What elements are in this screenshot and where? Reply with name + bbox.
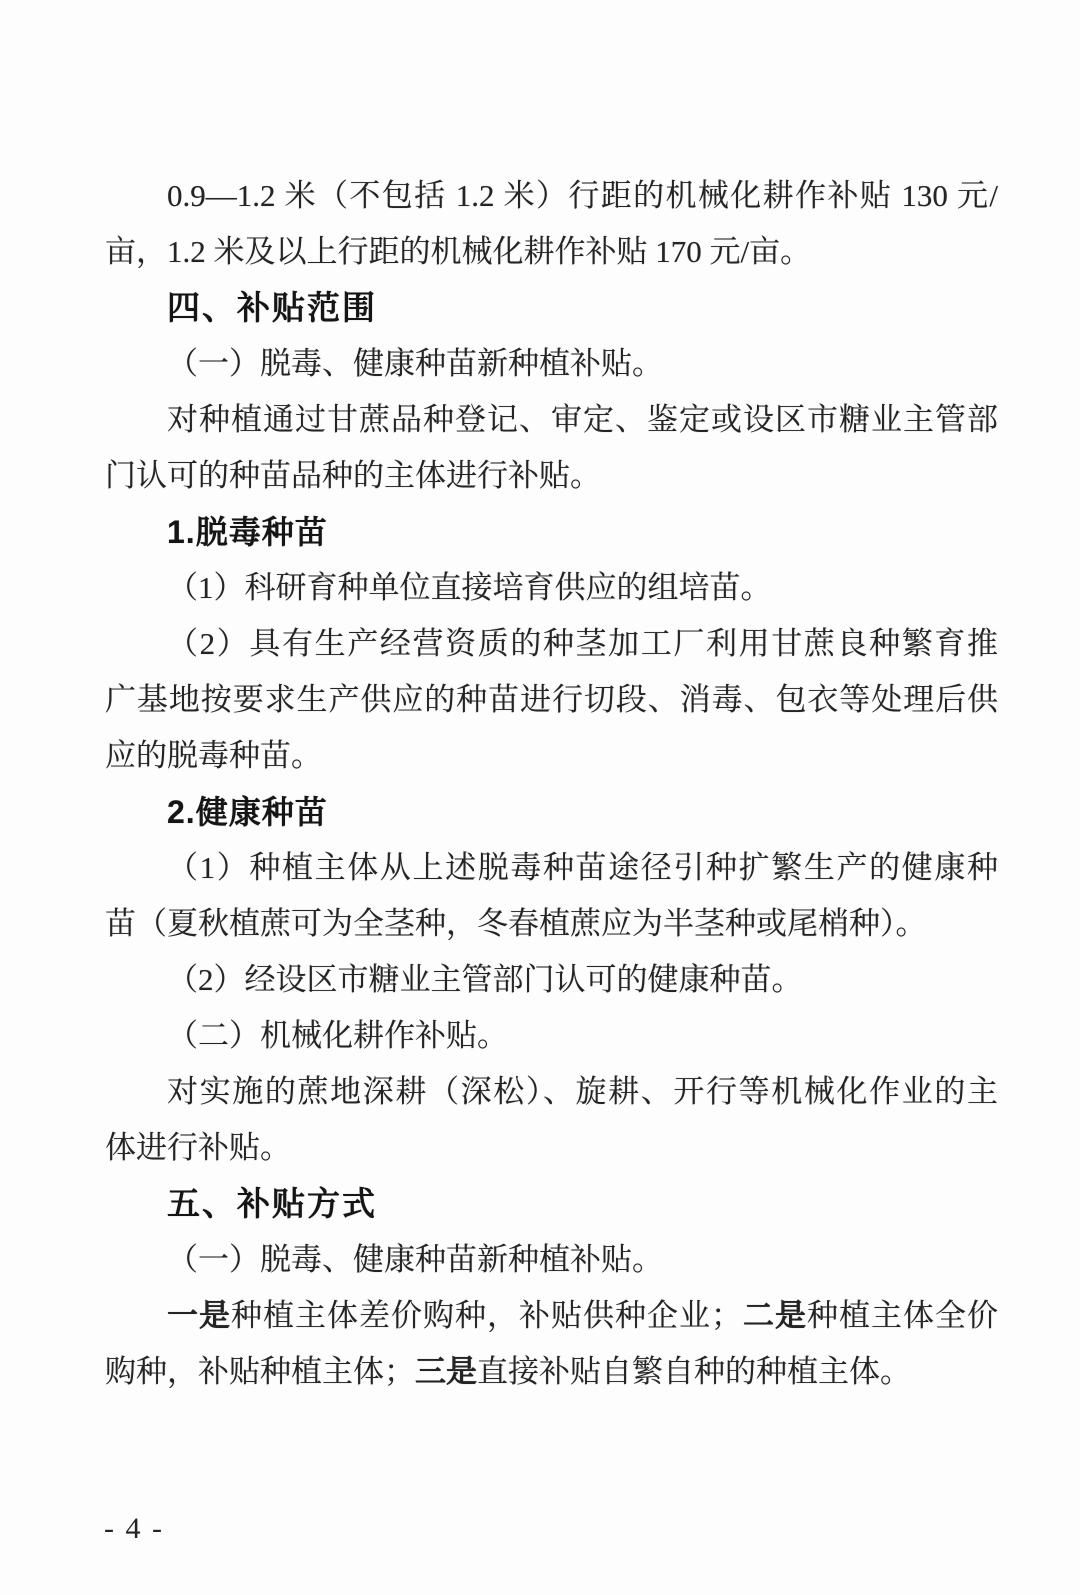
section-heading: 四、补贴范围 xyxy=(105,280,998,336)
text-segment: （二）机械化耕作补贴。 xyxy=(167,1018,508,1053)
text-segment: 种植主体差价购种，补贴供种企业； xyxy=(231,1298,742,1333)
bold-emphasis: 1.脱毒种苗 xyxy=(167,514,328,550)
page-number: - 4 - xyxy=(104,1512,164,1546)
text-line: 亩，1.2 米及以上行距的机械化耕作补贴 170 元/亩。 xyxy=(105,224,998,280)
text-segment: 对种植通过甘蔗品种登记、审定、鉴定或设区市糖业主管部 xyxy=(167,402,998,437)
text-segment: （2）经设区市糖业主管部门认可的健康种苗。 xyxy=(167,962,803,997)
bold-emphasis: 三是 xyxy=(415,1354,477,1389)
bold-emphasis: 五、补贴方式 xyxy=(167,1185,377,1222)
text-segment: （一）脱毒、健康种苗新种植补贴。 xyxy=(167,346,663,381)
text-segment: 购种，补贴种植主体； xyxy=(105,1354,415,1389)
text-line: 广基地按要求生产供应的种苗进行切段、消毒、包衣等处理后供 xyxy=(105,672,998,728)
text-segment: 对实施的蔗地深耕（深松）、旋耕、开行等机械化作业的主 xyxy=(167,1074,998,1109)
text-segment: 苗（夏秋植蔗可为全茎种，冬春植蔗应为半茎种或尾梢种）。 xyxy=(105,906,927,941)
text-line: （2）具有生产经营资质的种茎加工厂利用甘蔗良种繁育推 xyxy=(105,616,998,672)
text-line: 苗（夏秋植蔗可为全茎种，冬春植蔗应为半茎种或尾梢种）。 xyxy=(105,896,998,952)
text-segment: 应的脱毒种苗。 xyxy=(105,738,322,773)
text-segment: 0.9—1.2 米（不包括 1.2 米）行距的机械化耕作补贴 130 元/ xyxy=(167,178,998,213)
bold-emphasis: 二是 xyxy=(742,1298,807,1333)
text-segment: （1）科研育种单位直接培育供应的组培苗。 xyxy=(167,570,772,605)
subsection-heading: 1.脱毒种苗 xyxy=(105,504,998,560)
text-segment: 体进行补贴。 xyxy=(105,1130,291,1165)
bold-emphasis: 2.健康种苗 xyxy=(167,794,328,830)
text-segment: （1）种植主体从上述脱毒种苗途径引种扩繁生产的健康种 xyxy=(167,850,998,885)
text-line: 对实施的蔗地深耕（深松）、旋耕、开行等机械化作业的主 xyxy=(105,1064,998,1120)
text-line: 一是种植主体差价购种，补贴供种企业；二是种植主体全价 xyxy=(105,1288,998,1344)
text-segment: 广基地按要求生产供应的种苗进行切段、消毒、包衣等处理后供 xyxy=(105,682,998,717)
text-line: （一）脱毒、健康种苗新种植补贴。 xyxy=(105,336,998,392)
document-page: 0.9—1.2 米（不包括 1.2 米）行距的机械化耕作补贴 130 元/亩，1… xyxy=(0,0,1080,1595)
text-line: （2）经设区市糖业主管部门认可的健康种苗。 xyxy=(105,952,998,1008)
text-line: 购种，补贴种植主体；三是直接补贴自繁自种的种植主体。 xyxy=(105,1344,998,1400)
text-line: 门认可的种苗品种的主体进行补贴。 xyxy=(105,448,998,504)
text-segment: 亩，1.2 米及以上行距的机械化耕作补贴 170 元/亩。 xyxy=(105,234,811,269)
text-line: （一）脱毒、健康种苗新种植补贴。 xyxy=(105,1232,998,1288)
text-line: （1）种植主体从上述脱毒种苗途径引种扩繁生产的健康种 xyxy=(105,840,998,896)
bold-emphasis: 一是 xyxy=(167,1298,231,1333)
text-segment: 直接补贴自繁自种的种植主体。 xyxy=(477,1354,911,1389)
page-content: 0.9—1.2 米（不包括 1.2 米）行距的机械化耕作补贴 130 元/亩，1… xyxy=(105,168,998,1400)
text-segment: （2）具有生产经营资质的种茎加工厂利用甘蔗良种繁育推 xyxy=(167,626,998,661)
text-line: 0.9—1.2 米（不包括 1.2 米）行距的机械化耕作补贴 130 元/ xyxy=(105,168,998,224)
text-line: 应的脱毒种苗。 xyxy=(105,728,998,784)
text-line: 对种植通过甘蔗品种登记、审定、鉴定或设区市糖业主管部 xyxy=(105,392,998,448)
section-heading: 五、补贴方式 xyxy=(105,1176,998,1232)
subsection-heading: 2.健康种苗 xyxy=(105,784,998,840)
bold-emphasis: 四、补贴范围 xyxy=(167,289,377,326)
text-line: 体进行补贴。 xyxy=(105,1120,998,1176)
text-segment: 门认可的种苗品种的主体进行补贴。 xyxy=(105,458,601,493)
text-line: （二）机械化耕作补贴。 xyxy=(105,1008,998,1064)
text-segment: （一）脱毒、健康种苗新种植补贴。 xyxy=(167,1242,663,1277)
text-line: （1）科研育种单位直接培育供应的组培苗。 xyxy=(105,560,998,616)
text-segment: 种植主体全价 xyxy=(807,1298,998,1333)
